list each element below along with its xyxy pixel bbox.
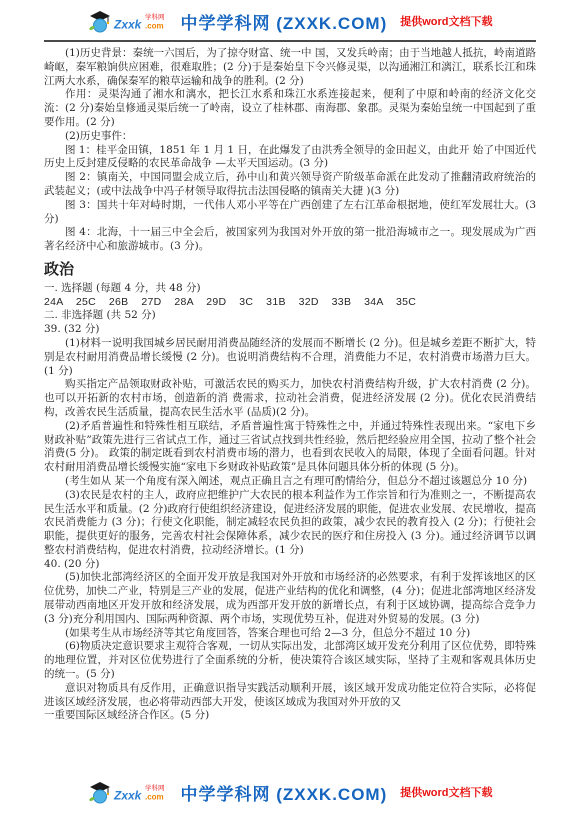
q40-answer-paragraph: 意识对物质具有反作用，正确意识指导实践活动顺利开展，该区域开发成功能定位符合实际… — [44, 682, 536, 710]
site-title: 中学学科网 (ZXXK.COM) — [180, 9, 387, 34]
choice-answers-row: 24A 25C 26B 27D 28A 29D 3C 31B 32D 33B 3… — [44, 296, 536, 310]
subjective-section-header: 二. 非选择题 (共 52 分) — [44, 309, 536, 323]
site-footer: Zxxk 学科网 .com 中学学科网 (ZXXK.COM) 提供word文档下… — [0, 778, 580, 806]
history-answer-paragraph: 图 3：国共十年对峙时期，一代伟人邓小平等在广西创建了左右江革命根据地，使红军发… — [44, 199, 536, 227]
q39-answer-paragraph: (2)矛盾普遍性和特殊性相互联结，矛盾普遍性寓于特殊性之中，并通过特殊性表现出来… — [44, 420, 536, 475]
site-header: Zxxk 学科网 .com 中学学科网 (ZXXK.COM) 提供word文档下… — [0, 0, 580, 35]
zxxk-logo[interactable]: Zxxk 学科网 .com — [87, 7, 167, 35]
logo-domain: .com — [145, 22, 164, 31]
answer-document-body: (1)历史背景：秦统一六国后，为了掠夺财富、统一中 国，又发兵岭南；由于当地越人… — [0, 42, 580, 723]
history-answer-paragraph: (1)历史背景：秦统一六国后，为了掠夺财富、统一中 国，又发兵岭南；由于当地越人… — [44, 47, 536, 88]
q40-grading-note: (如果考生从市场经济等其它角度回答，答案合理也可给 2—3 分，但总分不超过 1… — [44, 627, 536, 641]
q39-answer-paragraph: 购买指定产品领取财政补贴，可激活农民的购买力，加快农村消费结构升级，扩大农村消费… — [44, 378, 536, 419]
q40-answer-paragraph: (5)加快北部湾经济区的全面开发开放是我国对外开放和市场经济的必然要求，有利于发… — [44, 571, 536, 626]
word-download-link[interactable]: 提供word文档下载 — [400, 13, 492, 29]
q39-answer-paragraph: (1)材料一说明我国城乡居民耐用消费品随经济的发展而不断增长 (2 分)。但是城… — [44, 337, 536, 378]
document-page: Zxxk 学科网 .com 中学学科网 (ZXXK.COM) 提供word文档下… — [0, 0, 580, 820]
q39-grading-note: (考生如从 某一个角度有深入阐述，观点正确且言之有理可酌情给分，但总分不超过该题… — [44, 475, 536, 489]
q40-answer-paragraph: 一重要国际区域经济合作区。(5 分) — [44, 709, 536, 723]
logo-wordmark: Zxxk — [113, 18, 143, 32]
logo-domain: .com — [145, 793, 164, 802]
q40-answer-paragraph: (6)物质决定意识要求主观符合客观，一切从实际出发，北部湾区域开发充分利用了区位… — [44, 640, 536, 681]
word-download-link[interactable]: 提供word文档下载 — [400, 784, 492, 800]
mascot-icon — [94, 790, 107, 803]
history-answer-paragraph: 图 1：桂平金田镇，1851 年 1 月 1 日，在此爆发了由洪秀全领导的金田起… — [44, 144, 536, 172]
q39-answer-paragraph: (3)农民是农村的主人，政府应把维护广大农民的根本利益作为工作宗旨和行为准则之一… — [44, 489, 536, 558]
history-answer-paragraph: (2)历史事件： — [44, 130, 536, 144]
mascot-icon — [94, 19, 107, 32]
logo-subtext: 学科网 — [145, 12, 165, 21]
history-answer-paragraph: 图 2：镇南关，中国同盟会成立后，孙中山和黄兴领导资产阶级革命派在此发动了推翻清… — [44, 171, 536, 199]
history-answer-paragraph: 作用：灵渠沟通了湘水和漓水，把长江水系和珠江水系连接起来，便利了中原和岭南的经济… — [44, 88, 536, 129]
zxxk-logo-icon: Zxxk 学科网 .com — [87, 7, 167, 35]
choice-section-header: 一. 选择题 (每题 4 分，共 48 分) — [44, 282, 536, 296]
politics-section-title: 政治 — [44, 263, 536, 277]
logo-wordmark: Zxxk — [113, 789, 143, 803]
zxxk-logo[interactable]: Zxxk 学科网 .com — [87, 778, 167, 806]
question-40-label: 40. (20 分) — [44, 558, 536, 572]
history-answer-paragraph: 图 4：北海，十一届三中全会后，被国家列为我国对外开放的第一批沿海城市之一。现发… — [44, 226, 536, 254]
zxxk-logo-icon: Zxxk 学科网 .com — [87, 778, 167, 806]
logo-subtext: 学科网 — [145, 783, 165, 792]
question-39-label: 39. (32 分) — [44, 323, 536, 337]
site-title: 中学学科网 (ZXXK.COM) — [180, 780, 387, 805]
